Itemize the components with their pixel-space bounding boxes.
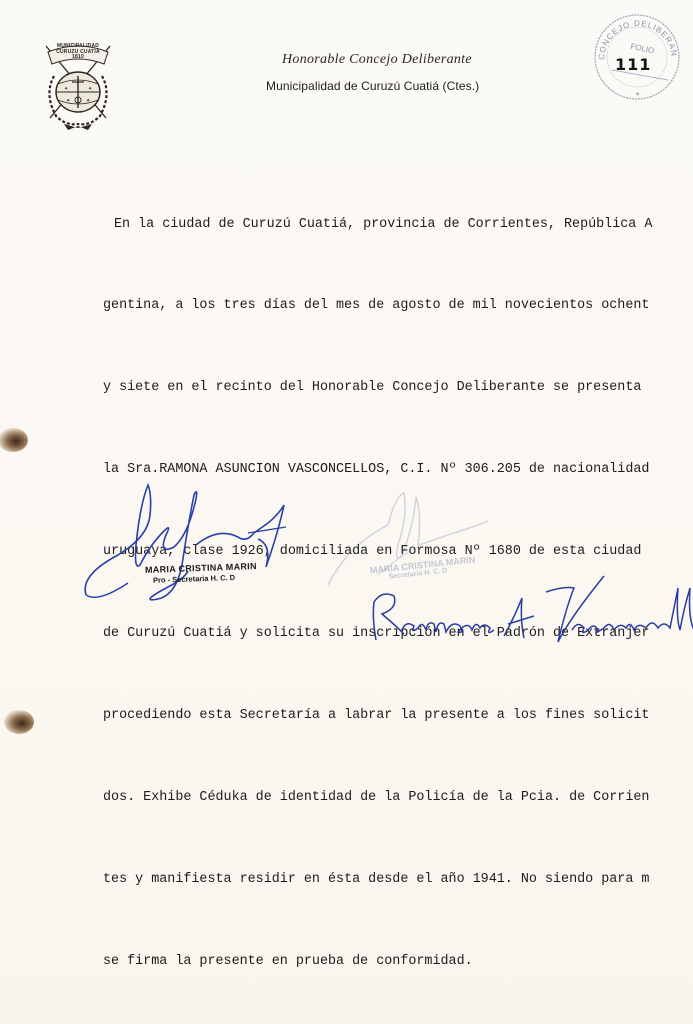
body-line: dos. Exhibe Céduka de identidad de la Po… [103,784,693,811]
punch-hole-bottom [4,710,34,734]
municipal-crest-icon: ✦ ✦ ✦ ✦ MUNICIPALIDAD CURUZU CUATIA 1810 [40,40,116,132]
body-line: En la ciudad de Curuzú Cuatiá, provincia… [103,211,693,238]
secretary-signature-icon [78,475,298,610]
crest-year: 1810 [46,55,110,61]
letterhead-subtitle: Municipalidad de Curuzú Cuatiá (Ctes.) [266,79,479,93]
svg-text:✦: ✦ [86,98,90,104]
svg-text:✦: ✦ [88,86,92,92]
letterhead-title: Honorable Concejo Deliberante [282,52,472,68]
folio-label: FOLIO [630,42,655,56]
punch-hole-top [0,428,28,452]
body-line: y siete en el recinto del Honorable Conc… [103,374,693,401]
svg-text:✦: ✦ [66,98,70,104]
body-line: gentina, a los tres días del mes de agos… [103,292,693,319]
svg-text:✦: ✦ [64,86,68,92]
folio-ring-text: CONCEJO DELIBERANTE [590,10,679,60]
document-page: ✦ ✦ ✦ ✦ MUNICIPALIDAD CURUZU CUATIA 1810… [0,0,693,1024]
svg-text:✶: ✶ [635,91,640,98]
folio-number: 111 [615,55,651,74]
body-line: se firma la presente en prueba de confor… [103,948,693,975]
svg-text:CONCEJO DELIBERANTE: CONCEJO DELIBERANTE [590,10,679,60]
crest-motto: MUNICIPALIDAD CURUZU CUATIA 1810 [46,44,110,61]
body-line: procediendo esta Secretaría a labrar la … [103,702,693,729]
body-line: tes y manifiesta residir en ésta desde e… [103,866,693,893]
secretary-stamp: MARIA CRISTINA MARIN Pro - Secretaria H.… [145,563,257,583]
